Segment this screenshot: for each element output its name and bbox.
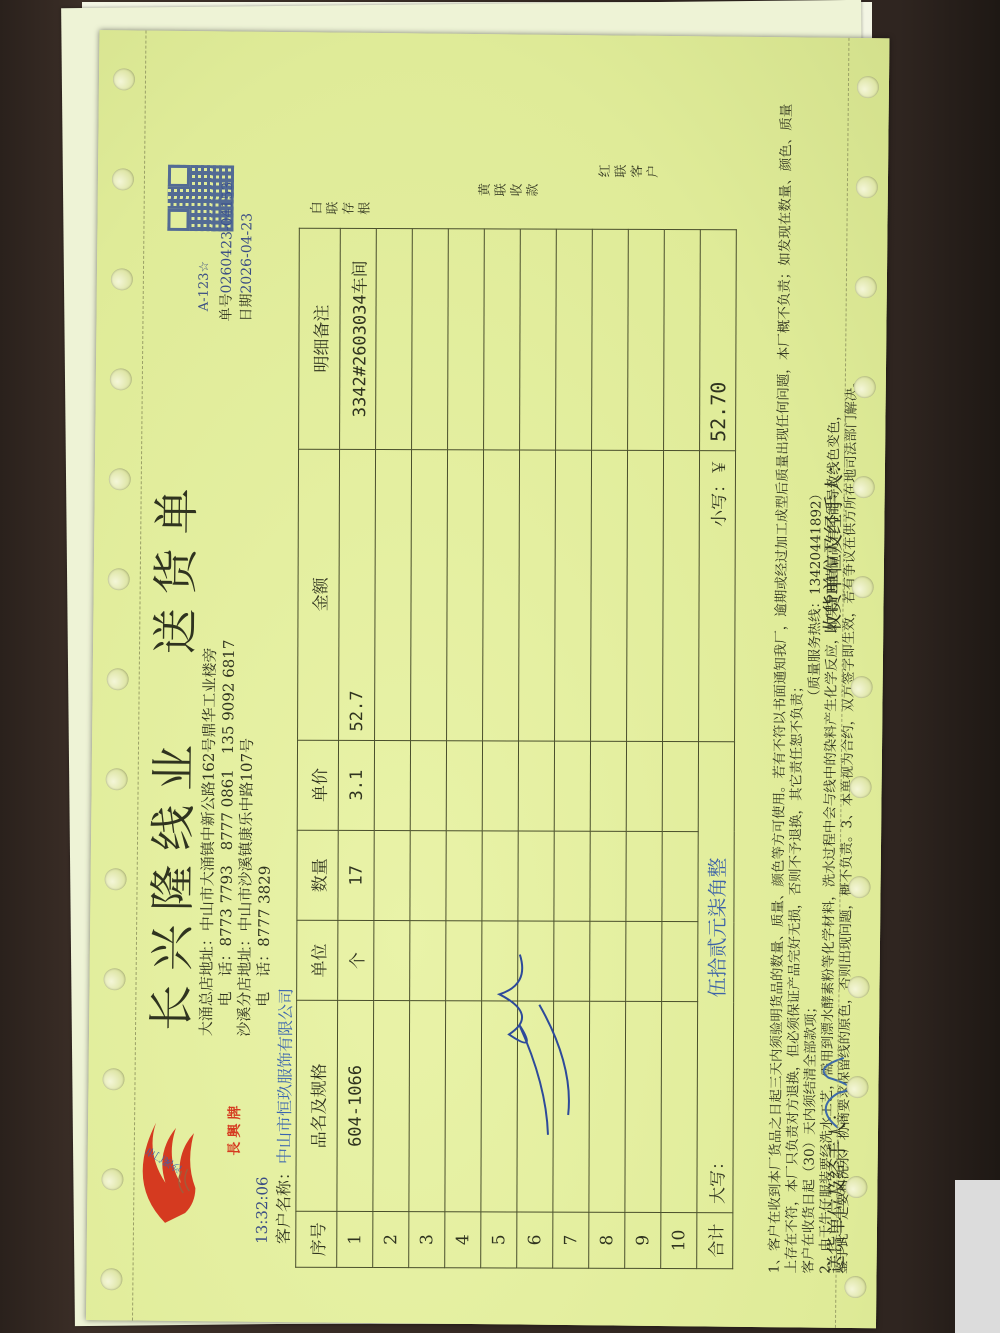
- row-no: 4: [445, 1212, 481, 1268]
- row-no: 3: [409, 1211, 445, 1267]
- table-row: 9: [625, 229, 665, 1268]
- row-no: 9: [625, 1212, 661, 1268]
- background-paper: [955, 1180, 1000, 1333]
- table-header: 序号 品名及规格 单位 数量 单价 金额 明细备注: [296, 228, 341, 1267]
- copy-label-yellow: 黄联收款: [478, 182, 542, 197]
- brand-name: 長興牌: [224, 1101, 245, 1155]
- print-time: 13:32:06: [253, 1176, 272, 1244]
- branch-address-label: 沙溪分店地址：: [235, 932, 254, 1037]
- header-amount: 金额: [298, 449, 340, 740]
- company-name: 长兴隆线业: [144, 731, 201, 1032]
- branch-address: 中山市沙溪镇康乐中路107号: [236, 738, 256, 932]
- total-uppercase: 大写： 伍拾贰元柒角整: [697, 741, 735, 1212]
- row-no: 7: [553, 1212, 589, 1268]
- order-no-label: 单号: [218, 293, 234, 321]
- customer-name: 中山市恒玖服饰有限公司: [275, 988, 296, 1164]
- header-price: 单价: [297, 740, 338, 830]
- header-unit: 单位: [297, 920, 338, 1000]
- qr-code-icon: [167, 165, 234, 232]
- document-type: 送货单: [148, 474, 204, 655]
- table-row: 10: [661, 229, 701, 1268]
- document-title: 长兴隆线业 送货单: [135, 474, 207, 1031]
- row-price: 3.1: [338, 740, 374, 830]
- uppercase-label: 大写：: [708, 1153, 728, 1204]
- hq-address-label: 大涌总店地址：: [197, 931, 216, 1036]
- row-unit: 个: [338, 920, 374, 1000]
- branch-phone-label: 电 话：: [254, 947, 273, 1037]
- customer: 客户名称：中山市恒玖服饰有限公司: [271, 988, 297, 1244]
- row-no: 8: [589, 1212, 625, 1268]
- row-no: 6: [517, 1212, 553, 1268]
- date-label: 日期: [238, 294, 254, 322]
- company-logo: 沙溪门市 長興牌: [125, 1092, 245, 1243]
- table-row: 8: [589, 229, 629, 1268]
- header-name: 品名及规格: [296, 1000, 338, 1211]
- row-name: 604-1066: [337, 1001, 374, 1212]
- company-addresses: 大涌总店地址：中山市大涌镇中新公路162号鼎华工业楼旁 电 话：8773 779…: [197, 639, 277, 1037]
- row-qty: 17: [338, 830, 374, 920]
- date: 2026-04-23: [239, 213, 256, 294]
- branch-phone: 8777 3829: [255, 866, 274, 947]
- uppercase-value: 伍拾贰元柒角整: [705, 858, 729, 998]
- hq-phone: 8773 7793 8777 0861 135 9092 6817: [217, 640, 238, 947]
- row-no: 10: [661, 1212, 697, 1268]
- hq-phone-label: 电 话：: [216, 946, 235, 1036]
- table-row: 1 604-1066 个 17 3.1 52.7 3342#2603034车间: [337, 228, 377, 1267]
- row-no: 2: [373, 1211, 409, 1267]
- table-row: 2: [373, 228, 413, 1267]
- serial-code: A-123☆: [197, 261, 213, 311]
- row-amount: 52.7: [339, 449, 376, 740]
- copy-label-white: 白联存根: [310, 200, 374, 215]
- total-row: 合计 大写： 伍拾贰元柒角整 小写：￥ 52.70: [697, 230, 737, 1269]
- header-qty: 数量: [297, 830, 338, 920]
- lowercase-label: 小写：￥: [699, 450, 736, 741]
- copy-label-red: 红联客户: [598, 163, 662, 178]
- hq-address: 中山市大涌镇中新公路162号鼎华工业楼旁: [198, 648, 219, 932]
- row-no: 1: [337, 1211, 373, 1267]
- total-label: 合计: [697, 1212, 733, 1268]
- lowercase-value: 52.70: [700, 230, 737, 451]
- handwritten-signature: [478, 924, 590, 1145]
- header-no: 序号: [296, 1211, 337, 1267]
- header-note: 明细备注: [299, 228, 341, 449]
- delivery-note: 沙溪门市 長興牌 长兴隆线业 送货单 大涌总店地址：中山市大涌镇中新公路162号…: [86, 30, 889, 1328]
- row-note: 3342#2603034车间: [340, 228, 377, 449]
- customer-label: 客户名称：: [274, 1164, 294, 1244]
- row-no: 5: [481, 1212, 517, 1268]
- table-row: 3: [409, 229, 449, 1268]
